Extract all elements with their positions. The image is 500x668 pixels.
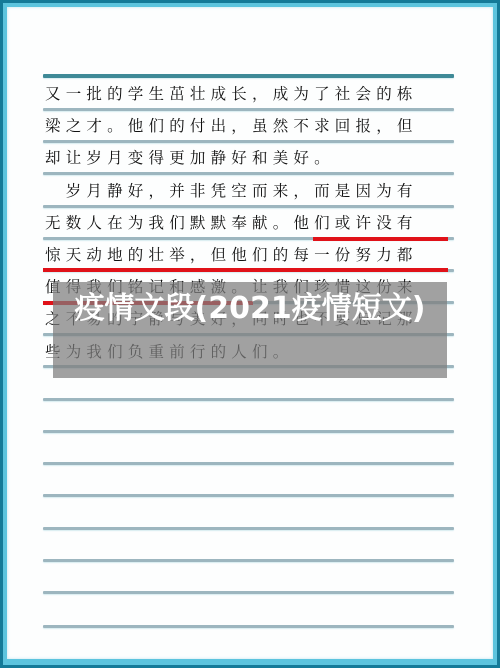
rule-line [43, 205, 454, 208]
red-underline [43, 268, 448, 272]
text-line: 惊天动地的壮举，但他们的每一份努力都 [45, 243, 455, 267]
overlay-title: 疫情文段(2021疫情短文) [53, 290, 447, 328]
rule-line [43, 527, 454, 530]
red-underline [313, 237, 448, 241]
rule-line [43, 494, 454, 497]
rule-line [43, 559, 454, 562]
top-rule [43, 74, 454, 78]
text-line: 却让岁月变得更加静好和美好。 [45, 146, 455, 170]
text-line: 梁之才。他们的付出，虽然不求回报，但 [45, 114, 455, 138]
rule-line [43, 591, 454, 594]
rule-line [43, 108, 454, 111]
rule-line [43, 462, 454, 465]
text-line: 岁月静好，并非凭空而来，而是因为有 [45, 179, 455, 203]
text-line: 又一批的学生茁壮成长，成为了社会的栋 [45, 82, 455, 106]
rule-line [43, 625, 454, 628]
text-line: 无数人在为我们默默奉献。他们或许没有 [45, 211, 455, 235]
rule-line [43, 430, 454, 433]
rule-line [43, 140, 454, 143]
rule-line [43, 172, 454, 175]
rule-line [43, 398, 454, 401]
title-overlay: 疫情文段(2021疫情短文) [53, 282, 447, 378]
